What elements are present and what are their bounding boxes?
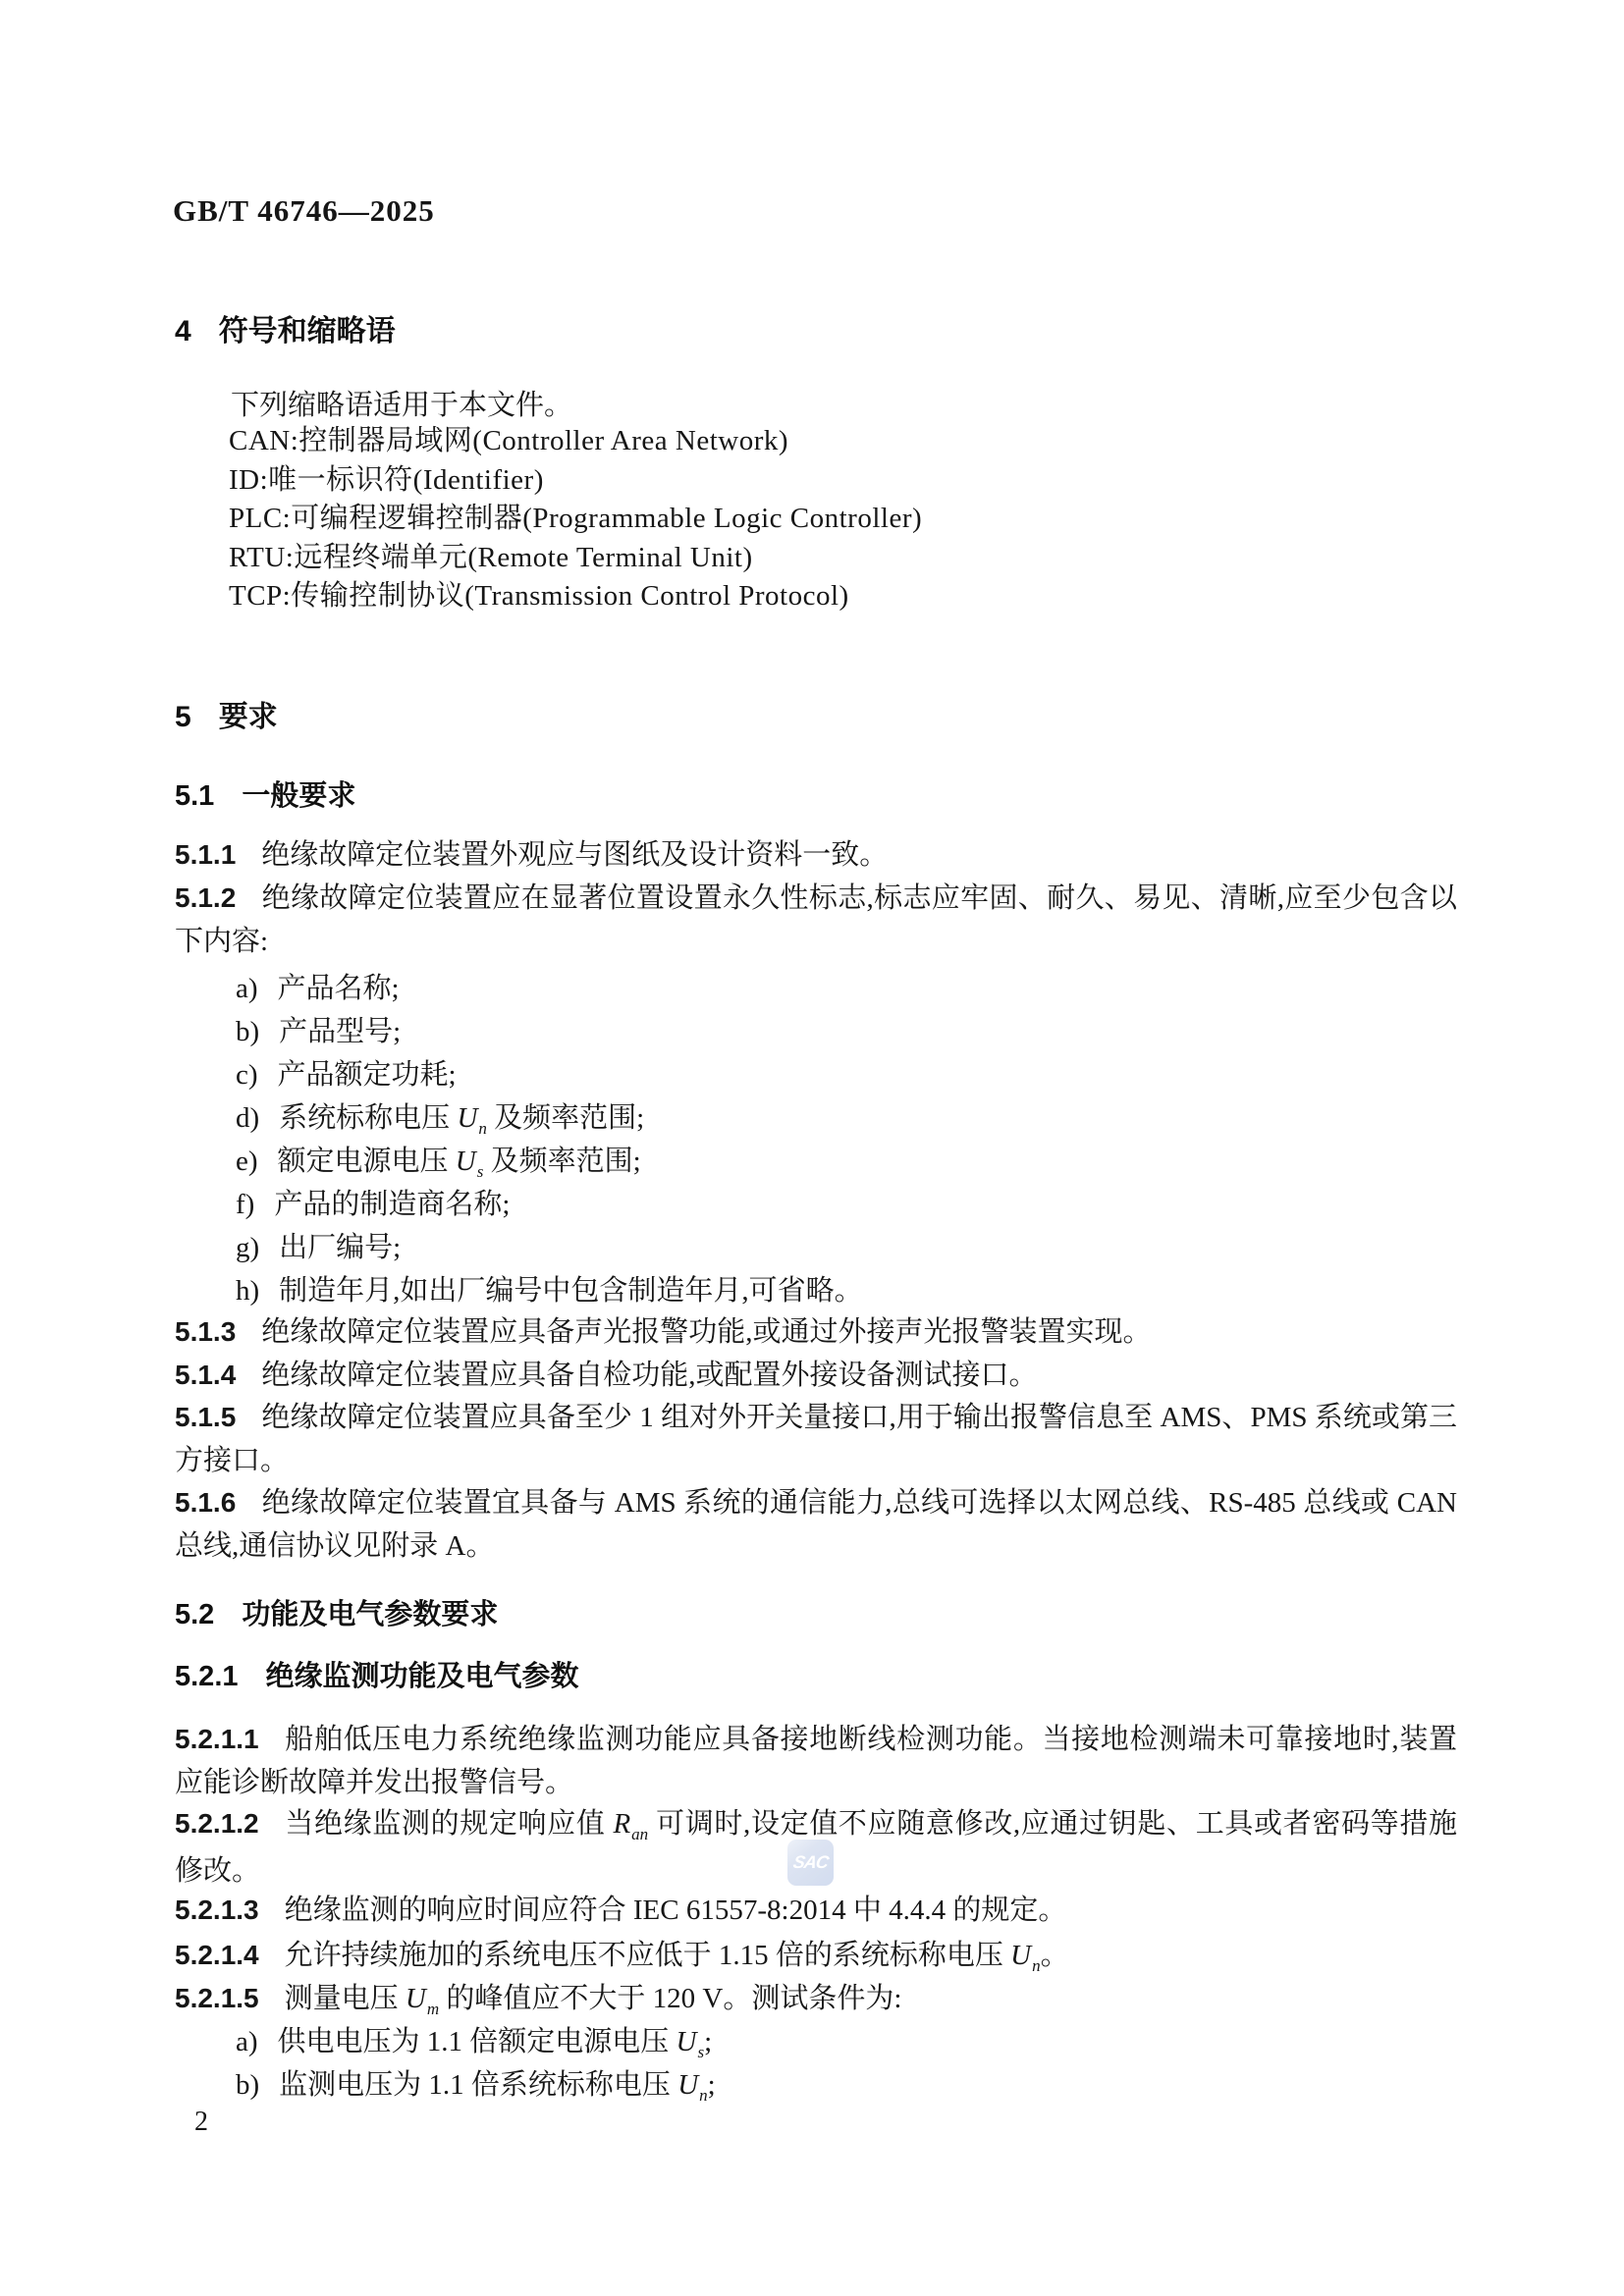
list-item-label: d) xyxy=(236,1102,259,1134)
list-item-g: g)出厂编号; xyxy=(175,1226,1457,1269)
abbreviation-item-can: CAN:控制器局域网(Controller Area Network) xyxy=(229,422,922,461)
list-item-e: e)额定电源电压 Us 及频率范围; xyxy=(175,1140,1457,1187)
section-4-heading: 4符号和缩略语 xyxy=(175,306,396,349)
clause-5-2-1-1: 5.2.1.1船舶低压电力系统绝缘监测功能应具备接地断线检测功能。当接地检测端未… xyxy=(175,1718,1457,1804)
abbreviations-intro: 下列缩略语适用于本文件。 xyxy=(231,384,572,427)
clause-5-2-1-2: 5.2.1.2当绝缘监测的规定响应值 Ran 可调时,设定值不应随意修改,应通过… xyxy=(175,1802,1457,1893)
list-item-label: a) xyxy=(236,2026,258,2057)
voltage-symbol: U xyxy=(1010,1940,1031,1971)
list-item-label: b) xyxy=(236,1016,259,1047)
clause-text: 当绝缘监测的规定响应值 xyxy=(285,1808,614,1840)
clause-text: 绝缘故障定位装置应在显著位置设置永久性标志,标志应牢固、耐久、易见、清晰,应至少… xyxy=(175,882,1457,957)
list-item-label: f) xyxy=(236,1189,254,1220)
clause-5-2-1-4: 5.2.1.4允许持续施加的系统电压不应低于 1.15 倍的系统标称电压 Un。 xyxy=(175,1934,1457,1981)
list-item-text: 监测电压为 1.1 倍系统标称电压 xyxy=(279,2069,677,2101)
clause-text: 的峰值应不大于 120 V。测试条件为: xyxy=(439,1983,901,2014)
test-condition-a: a)供电电压为 1.1 倍额定电源电压 Us; xyxy=(175,2020,1457,2067)
list-item-d: d)系统标称电压 Un 及频率范围; xyxy=(175,1096,1457,1144)
clause-number: 5.2.1.3 xyxy=(175,1895,259,1925)
list-item-text: 供电电压为 1.1 倍额定电源电压 xyxy=(278,2026,677,2057)
voltage-symbol: U xyxy=(456,1146,476,1177)
abbreviations-list: CAN:控制器局域网(Controller Area Network) ID:唯… xyxy=(229,422,922,616)
section-5-2-number: 5.2 xyxy=(175,1599,214,1630)
list-item-text: 产品型号; xyxy=(279,1016,401,1047)
voltage-symbol: U xyxy=(406,1983,426,2014)
list-item-text: 产品额定功耗; xyxy=(278,1059,457,1091)
clause-5-1-4: 5.1.4绝缘故障定位装置应具备自检功能,或配置外接设备测试接口。 xyxy=(175,1354,1457,1397)
clause-number: 5.2.1.2 xyxy=(175,1808,259,1839)
clause-number: 5.1.2 xyxy=(175,882,236,913)
list-item-text: 产品的制造商名称; xyxy=(274,1189,510,1220)
clause-5-2-1-5: 5.2.1.5测量电压 Um 的峰值应不大于 120 V。测试条件为: xyxy=(175,1977,1457,2024)
clause-5-1-1: 5.1.1绝缘故障定位装置外观应与图纸及设计资料一致。 xyxy=(175,833,1457,877)
list-item-label: e) xyxy=(236,1146,258,1177)
clause-number: 5.1.4 xyxy=(175,1360,236,1390)
list-item-f: f)产品的制造商名称; xyxy=(175,1183,1457,1226)
list-item-label: c) xyxy=(236,1059,258,1091)
abbreviation-item-id: ID:唯一标识符(Identifier) xyxy=(229,461,922,501)
list-item-b: b)产品型号; xyxy=(175,1010,1457,1053)
doc-code: GB/T 46746—2025 xyxy=(173,193,435,229)
voltage-subscript: n xyxy=(478,1119,487,1138)
list-item-label: g) xyxy=(236,1232,259,1263)
list-item-label: h) xyxy=(236,1275,259,1307)
clause-number: 5.1.6 xyxy=(175,1487,236,1518)
clause-5-1-2: 5.1.2绝缘故障定位装置应在显著位置设置永久性标志,标志应牢固、耐久、易见、清… xyxy=(175,877,1457,963)
resistance-subscript: an xyxy=(631,1825,648,1843)
clause-5-1-5: 5.1.5绝缘故障定位装置应具备至少 1 组对外开关量接口,用于输出报警信息至 … xyxy=(175,1396,1457,1482)
section-5-heading: 5要求 xyxy=(175,692,278,735)
clause-text: 绝缘故障定位装置应具备自检功能,或配置外接设备测试接口。 xyxy=(261,1360,1037,1391)
resistance-symbol: R xyxy=(613,1808,630,1840)
clause-number: 5.2.1.1 xyxy=(175,1724,259,1754)
section-5-title: 要求 xyxy=(219,701,278,733)
abbreviation-item-rtu: RTU:远程终端单元(Remote Terminal Unit) xyxy=(229,539,922,578)
section-5-2-title: 功能及电气参数要求 xyxy=(242,1599,498,1630)
clause-5-1-6: 5.1.6绝缘故障定位装置宜具备与 AMS 系统的通信能力,总线可选择以太网总线… xyxy=(175,1481,1457,1568)
clause-5-2-1-3: 5.2.1.3绝缘监测的响应时间应符合 IEC 61557-8:2014 中 4… xyxy=(175,1889,1457,1932)
voltage-subscript: n xyxy=(699,2086,708,2105)
voltage-subscript: s xyxy=(698,2043,705,2061)
voltage-symbol: U xyxy=(457,1102,477,1134)
voltage-subscript: s xyxy=(477,1162,484,1181)
section-5-1-heading: 5.1一般要求 xyxy=(175,774,355,814)
clause-number: 5.1.3 xyxy=(175,1316,236,1347)
clause-number: 5.1.5 xyxy=(175,1402,236,1432)
voltage-subscript: m xyxy=(427,2000,439,2018)
list-item-text: 额定电源电压 xyxy=(278,1146,456,1177)
list-item-text: 系统标称电压 xyxy=(279,1102,457,1134)
section-5-2-1-title: 绝缘监测功能及电气参数 xyxy=(266,1661,579,1692)
clause-number: 5.2.1.4 xyxy=(175,1940,259,1970)
page-number: 2 xyxy=(194,2107,208,2138)
list-item-c: c)产品额定功耗; xyxy=(175,1053,1457,1096)
list-item-a: a)产品名称; xyxy=(175,967,1457,1010)
clause-5-1-3: 5.1.3绝缘故障定位装置应具备声光报警功能,或通过外接声光报警装置实现。 xyxy=(175,1310,1457,1354)
clause-text: 绝缘故障定位装置宜具备与 AMS 系统的通信能力,总线可选择以太网总线、RS-4… xyxy=(175,1487,1457,1562)
test-condition-b: b)监测电压为 1.1 倍系统标称电压 Un; xyxy=(175,2063,1457,2110)
list-item-text: ; xyxy=(708,2069,716,2101)
clause-text: 。 xyxy=(1041,1940,1069,1971)
document-page: SAC GB/T 46746—2025 4符号和缩略语 下列缩略语适用于本文件。… xyxy=(0,0,1624,2296)
clause-number: 5.2.1.5 xyxy=(175,1983,259,2013)
list-item-h: h)制造年月,如出厂编号中包含制造年月,可省略。 xyxy=(175,1269,1457,1312)
list-item-text: 制造年月,如出厂编号中包含制造年月,可省略。 xyxy=(279,1275,863,1307)
voltage-symbol: U xyxy=(677,2026,697,2057)
abbreviation-item-tcp: TCP:传输控制协议(Transmission Control Protocol… xyxy=(229,577,922,616)
voltage-symbol: U xyxy=(677,2069,698,2101)
list-item-text: 及频率范围; xyxy=(483,1146,640,1177)
section-5-number: 5 xyxy=(175,701,191,733)
section-4-number: 4 xyxy=(175,315,191,347)
list-item-text: 及频率范围; xyxy=(487,1102,644,1134)
list-item-text: ; xyxy=(704,2026,712,2057)
section-4-title: 符号和缩略语 xyxy=(219,315,396,347)
section-5-2-1-heading: 5.2.1绝缘监测功能及电气参数 xyxy=(175,1654,579,1694)
section-5-2-1-number: 5.2.1 xyxy=(175,1661,239,1692)
list-item-text: 出厂编号; xyxy=(279,1232,401,1263)
clause-text: 测量电压 xyxy=(285,1983,406,2014)
list-item-label: b) xyxy=(236,2069,259,2101)
clause-text: 允许持续施加的系统电压不应低于 1.15 倍的系统标称电压 xyxy=(285,1940,1011,1971)
clause-text: 绝缘故障定位装置应具备至少 1 组对外开关量接口,用于输出报警信息至 AMS、P… xyxy=(175,1402,1457,1476)
section-5-1-number: 5.1 xyxy=(175,780,214,812)
section-5-1-title: 一般要求 xyxy=(242,780,355,812)
list-item-label: a) xyxy=(236,973,258,1004)
clause-text: 船舶低压电力系统绝缘监测功能应具备接地断线检测功能。当接地检测端未可靠接地时,装… xyxy=(175,1724,1457,1798)
voltage-subscript: n xyxy=(1032,1956,1041,1975)
clause-text: 绝缘故障定位装置应具备声光报警功能,或通过外接声光报警装置实现。 xyxy=(261,1316,1151,1348)
list-item-text: 产品名称; xyxy=(278,973,400,1004)
abbreviation-item-plc: PLC:可编程逻辑控制器(Programmable Logic Controll… xyxy=(229,500,922,539)
section-5-2-heading: 5.2功能及电气参数要求 xyxy=(175,1592,498,1632)
clause-text: 绝缘故障定位装置外观应与图纸及设计资料一致。 xyxy=(261,839,888,871)
clause-number: 5.1.1 xyxy=(175,839,236,870)
clause-text: 绝缘监测的响应时间应符合 IEC 61557-8:2014 中 4.4.4 的规… xyxy=(285,1895,1067,1926)
